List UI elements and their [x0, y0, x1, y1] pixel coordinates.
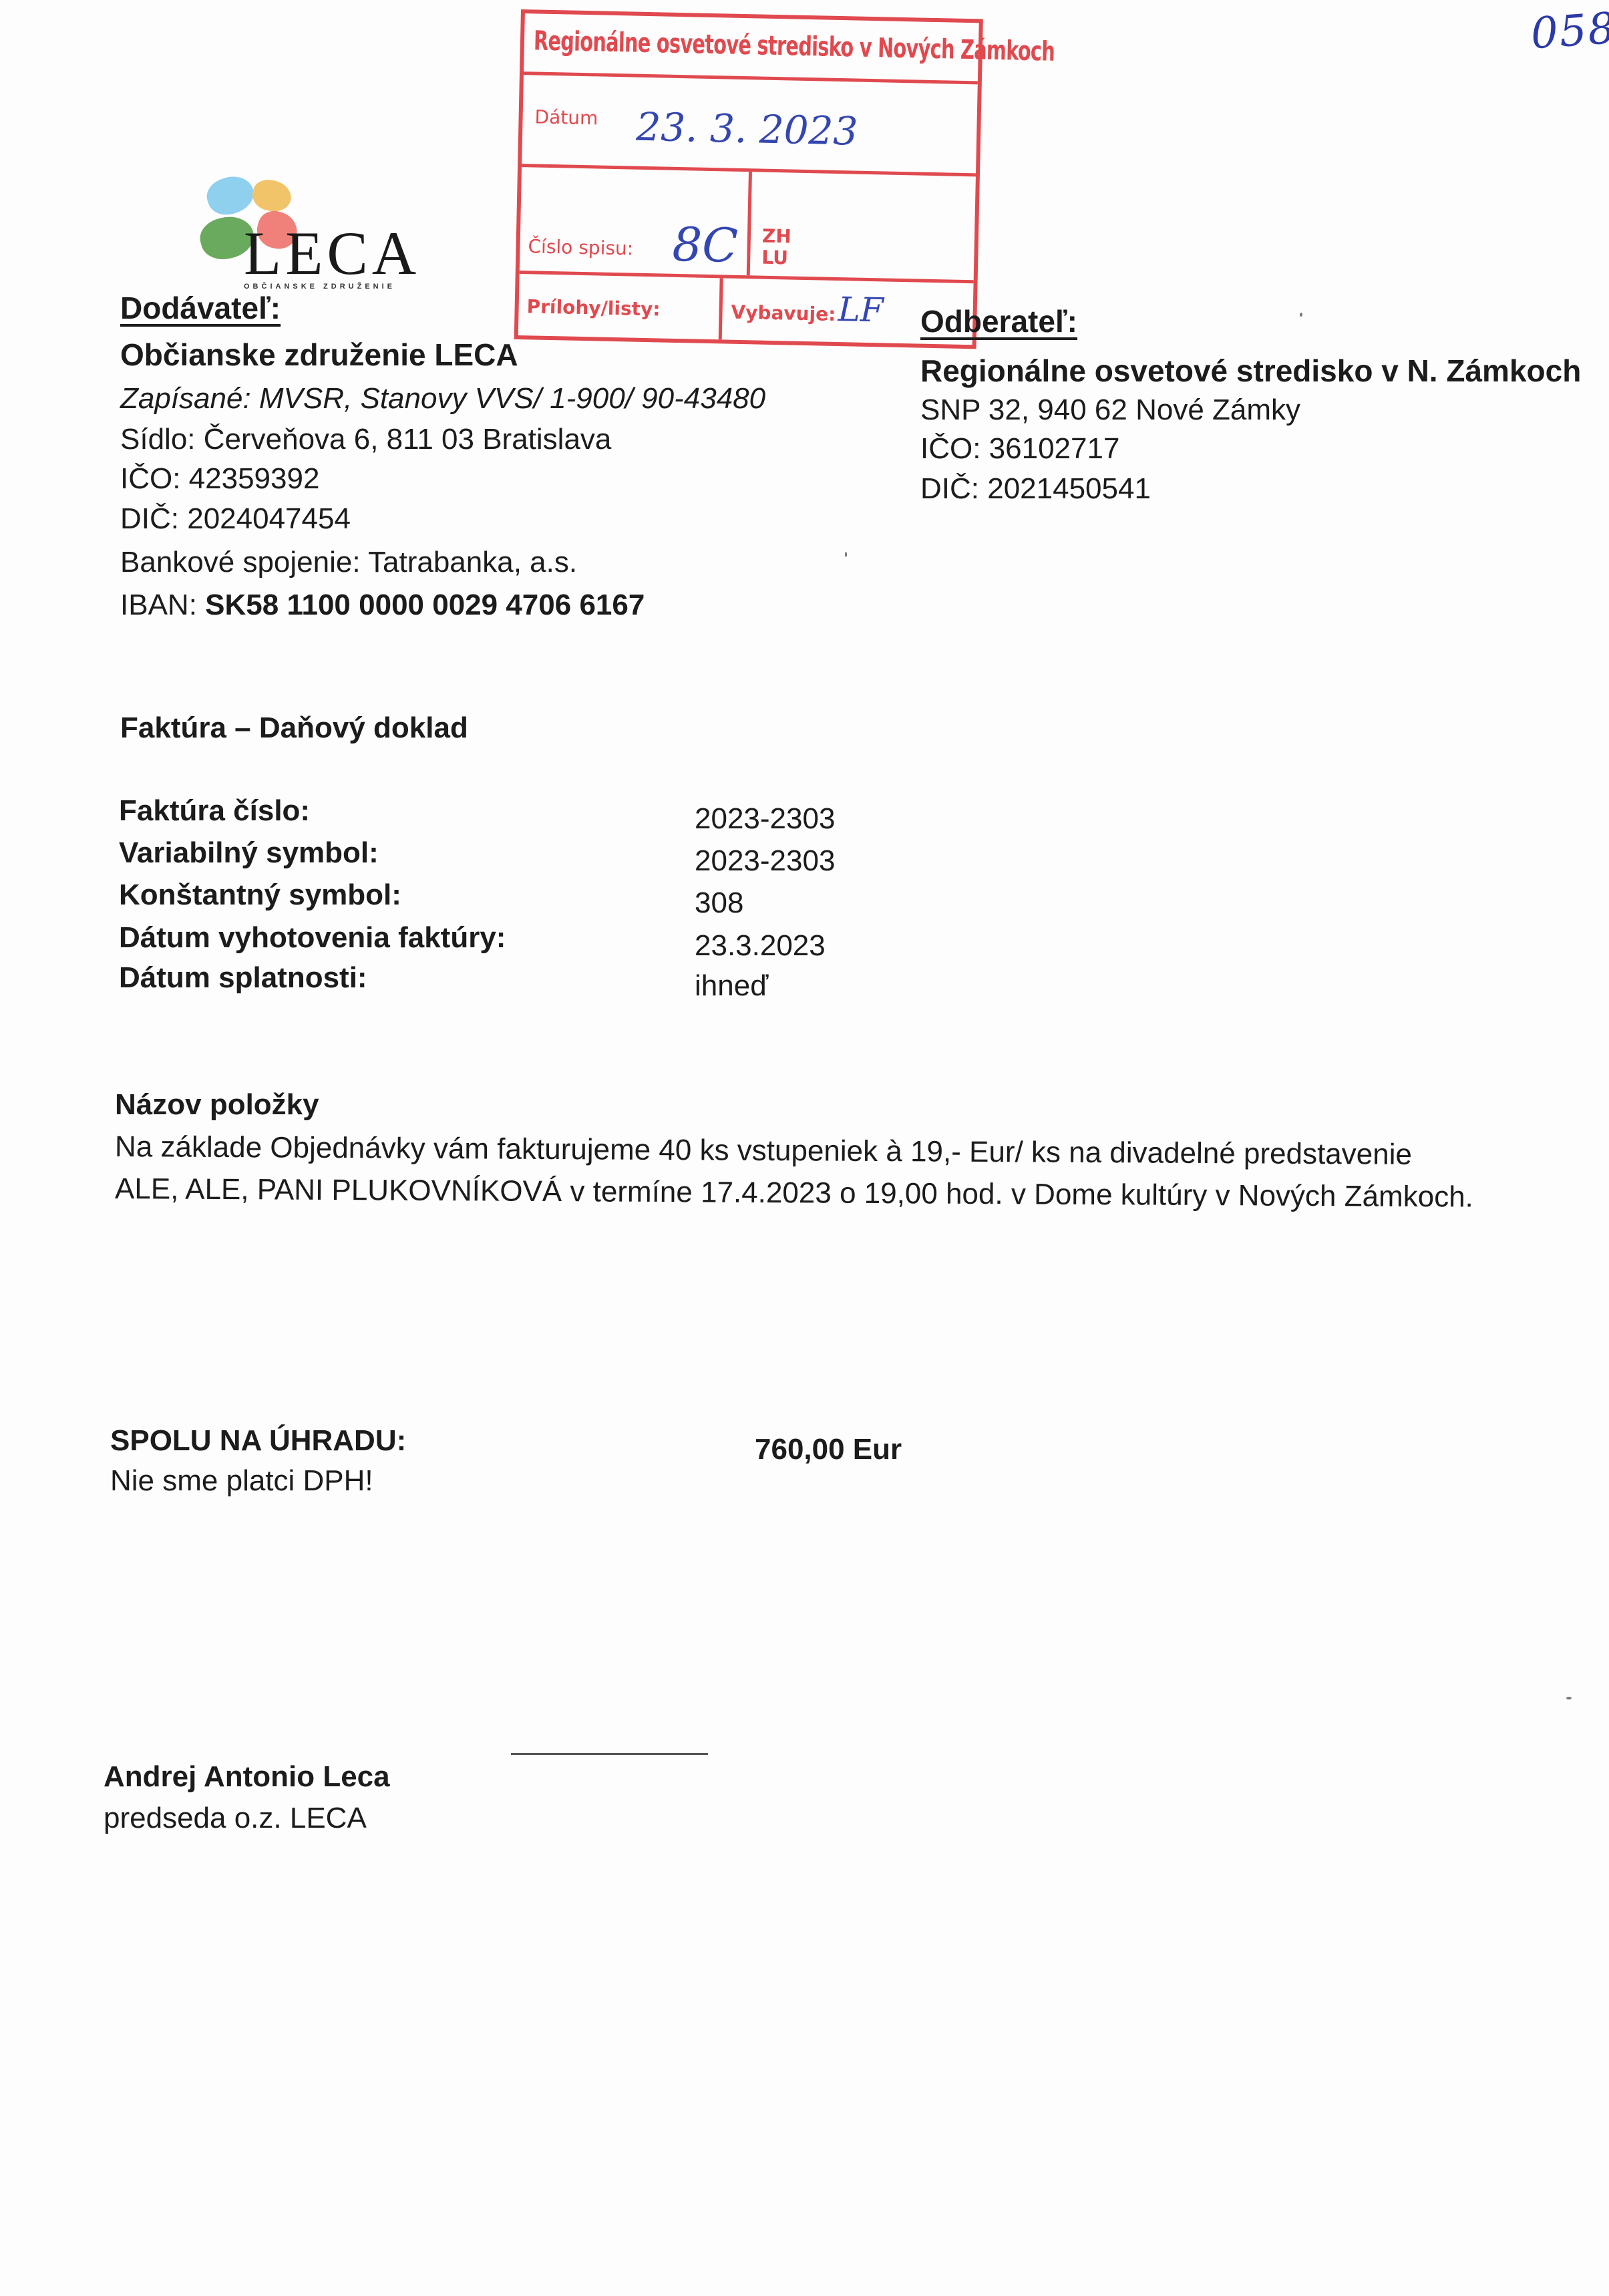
customer-dic: DIČ: 2021450541	[920, 474, 1151, 504]
item-description-line2: ALE, ALE, PANI PLUKOVNÍKOVÁ v termíne 17…	[115, 1174, 1473, 1212]
signatory-role: predseda o.z. LECA	[104, 1804, 367, 1833]
stamp-file-number-label: Číslo spisu:	[528, 235, 633, 259]
logo-petal-yellow	[250, 177, 293, 214]
supplier-dic: DIČ: 2024047454	[120, 504, 351, 534]
customer-address: SNP 32, 940 62 Nové Zámky	[920, 395, 1300, 425]
total-amount: 760,00 Eur	[755, 1435, 902, 1464]
scan-speck	[1300, 313, 1302, 317]
logo-subtitle: OBČIANSKE ZDRUŽENIE	[244, 283, 395, 291]
invoice-field-value: 2023-2303	[695, 804, 835, 834]
invoice-field-label: Faktúra číslo:	[119, 796, 310, 826]
stamp-divider	[719, 278, 723, 339]
iban-label: IBAN:	[120, 589, 197, 621]
supplier-registration: Zapísané: MVSR, Stanovy VVS/ 1-900/ 90-4…	[120, 384, 765, 414]
stamp-date-row: Dátum 23. 3. 2023	[522, 75, 978, 176]
customer-name: Regionálne osvetové stredisko v N. Zámko…	[920, 355, 1581, 386]
stamp-handled-by-value: LF	[838, 290, 884, 329]
registry-stamp: Regionálne osvetové stredisko v Nových Z…	[514, 9, 983, 349]
invoice-field-value: ihneď	[695, 971, 768, 1001]
stamp-title-row: Regionálne osvetové stredisko v Nových Z…	[524, 13, 979, 84]
invoice-field-value: 308	[695, 888, 743, 918]
supplier-iban: IBAN: SK58 1100 0000 0029 4706 6167	[120, 591, 645, 620]
page-number-handwritten: 058	[1530, 4, 1609, 59]
invoice-field-label: Dátum splatnosti:	[119, 963, 367, 993]
stamp-attachments-label: Prílohy/listy:	[526, 295, 661, 320]
supplier-heading: Dodávateľ:	[120, 293, 281, 323]
scan-speck	[845, 552, 847, 557]
supplier-ico: IČO: 42359392	[120, 464, 319, 494]
invoice-title: Faktúra – Daňový doklad	[120, 713, 468, 743]
stamp-date-value: 23. 3. 2023	[636, 104, 858, 154]
iban-value: SK58 1100 0000 0029 4706 6167	[205, 589, 645, 621]
logo-wordmark: LECA	[244, 222, 420, 284]
signature-line	[511, 1753, 708, 1755]
invoice-field-value: 23.3.2023	[695, 931, 826, 961]
stamp-attachments-row: Prílohy/listy: Vybavuje: LF	[518, 274, 974, 345]
invoice-field-value: 2023-2303	[695, 846, 835, 876]
stamp-handled-by-label: Vybavuje:	[731, 301, 836, 325]
customer-ico: IČO: 36102717	[920, 434, 1119, 464]
stamp-file-row: Číslo spisu: 8C ZH LU	[520, 167, 976, 283]
stamp-title: Regionálne osvetové stredisko v Nových Z…	[534, 25, 1055, 67]
invoice-field-label: Dátum vyhotovenia faktúry:	[119, 923, 506, 953]
supplier-bank: Bankové spojenie: Tatrabanka, a.s.	[120, 548, 577, 577]
scan-speck	[1566, 1697, 1572, 1699]
signatory-name: Andrej Antonio Leca	[104, 1762, 390, 1792]
stamp-divider	[747, 172, 752, 275]
invoice-field-label: Konštantný symbol:	[119, 880, 401, 910]
logo-petal-blue	[202, 170, 259, 221]
customer-heading: Odberateľ:	[920, 306, 1077, 337]
stamp-date-label: Dátum	[534, 106, 598, 129]
vat-note: Nie sme platci DPH!	[110, 1466, 373, 1496]
supplier-seat: Sídlo: Červeňova 6, 811 03 Bratislava	[120, 425, 611, 454]
item-description-line1: Na základe Objednávky vám fakturujeme 40…	[115, 1132, 1412, 1170]
supplier-name: Občianske združenie LECA	[120, 339, 518, 370]
invoice-field-label: Variabilný symbol:	[119, 838, 379, 868]
total-label: SPOLU NA ÚHRADU:	[110, 1426, 406, 1456]
stamp-lu-label: LU	[761, 247, 788, 269]
leca-logo: LECA OBČIANSKE ZDRUŽENIE	[194, 170, 414, 287]
stamp-zh-label: ZH	[762, 226, 791, 248]
stamp-file-number-value: 8C	[672, 217, 739, 273]
item-heading: Názov položky	[115, 1090, 319, 1120]
